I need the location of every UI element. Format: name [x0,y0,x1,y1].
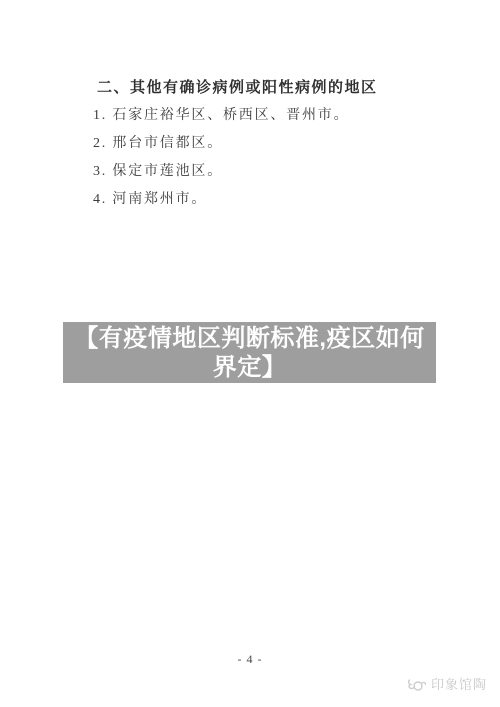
region-list: 1. 石家庄裕华区、桥西区、晋州市。 2. 邢台市信都区。 3. 保定市莲池区。… [93,102,423,214]
watermark-label: 印象馆陶 [431,674,487,693]
list-item: 4. 河南郑州市。 [93,186,423,214]
swirl-logo-icon [406,675,427,692]
watermark: 印象馆陶 [406,674,487,693]
document-page: 二、其他有确诊病例或阳性病例的地区 1. 石家庄裕华区、桥西区、晋州市。 2. … [0,0,500,707]
section-heading: 二、其他有确诊病例或阳性病例的地区 [97,76,378,97]
list-item: 3. 保定市莲池区。 [93,158,423,186]
page-number: - 4 - [0,652,500,667]
list-item: 1. 石家庄裕华区、桥西区、晋州市。 [93,102,423,130]
list-item: 2. 邢台市信都区。 [93,130,423,158]
highlight-banner: 【有疫情地区判断标准,疫区如何界定】 [63,322,436,383]
banner-title: 【有疫情地区判断标准,疫区如何界定】 [68,324,431,382]
